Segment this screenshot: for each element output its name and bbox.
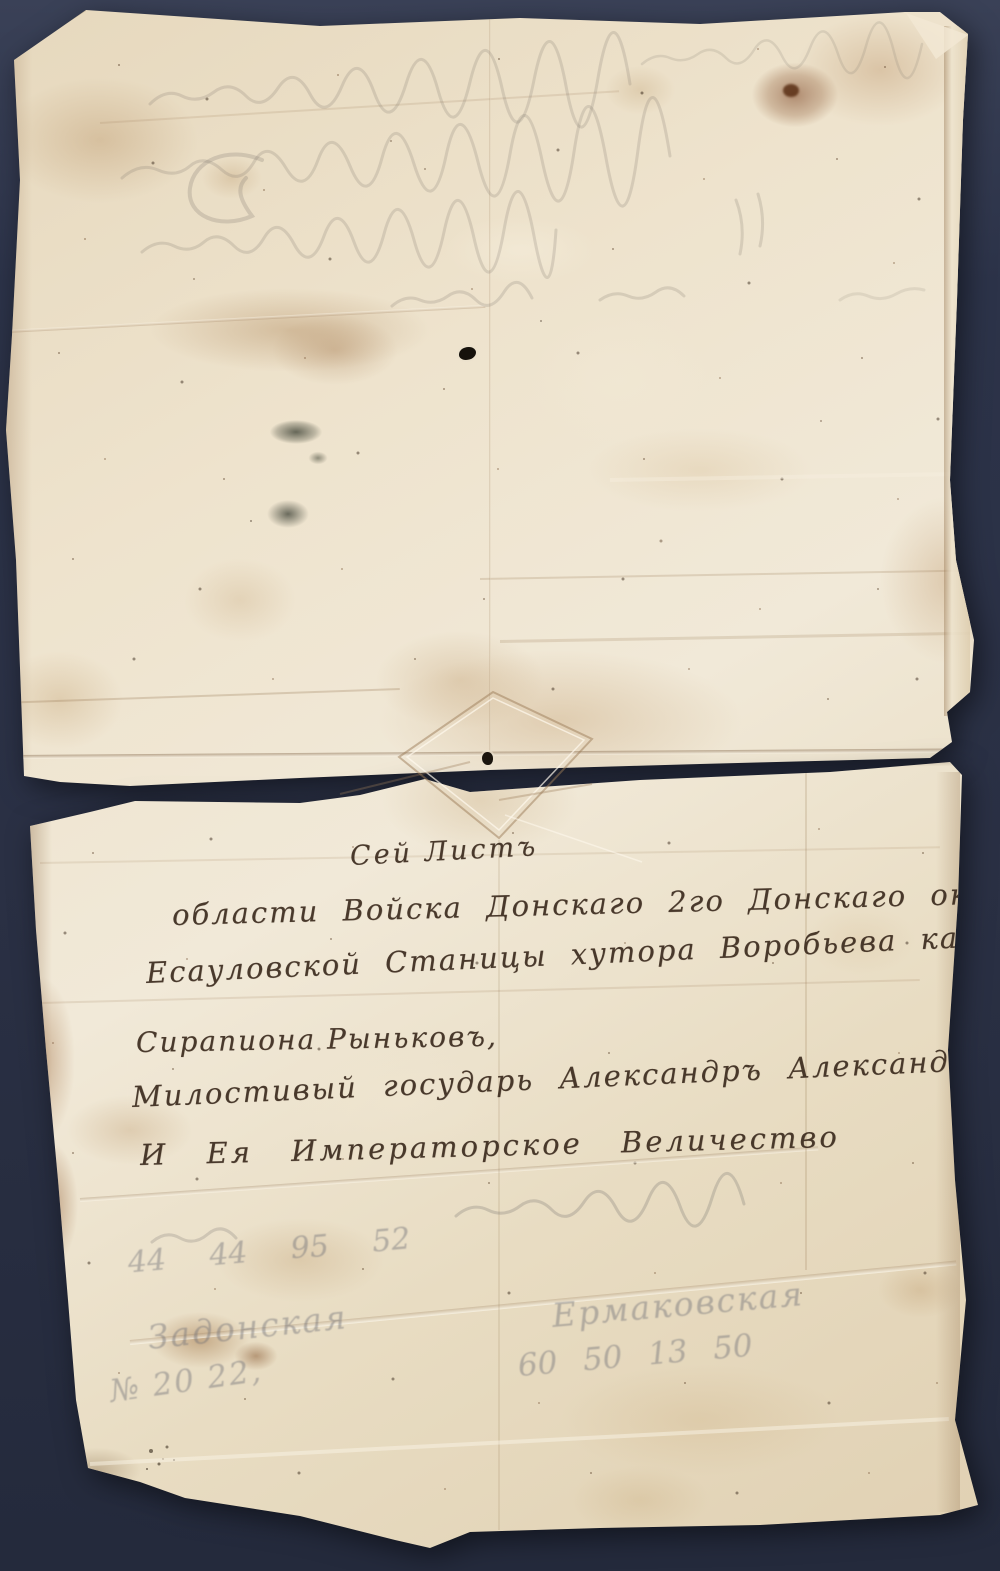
- ink-line: Сирапиона Рыньковъ,: [136, 1020, 498, 1059]
- paper-bottom-shadow: Сей Листъ области Войска Донскаго 2го До…: [0, 0, 1000, 1571]
- photo-backdrop: Сей Листъ области Войска Донскаго 2го До…: [0, 0, 1000, 1571]
- fold-crease: [805, 770, 807, 1270]
- speckle-layer: [0, 0, 2, 2]
- paper-bottom-half: Сей Листъ области Войска Донскаго 2го До…: [0, 0, 1000, 1571]
- edge-shade: [30, 812, 52, 1492]
